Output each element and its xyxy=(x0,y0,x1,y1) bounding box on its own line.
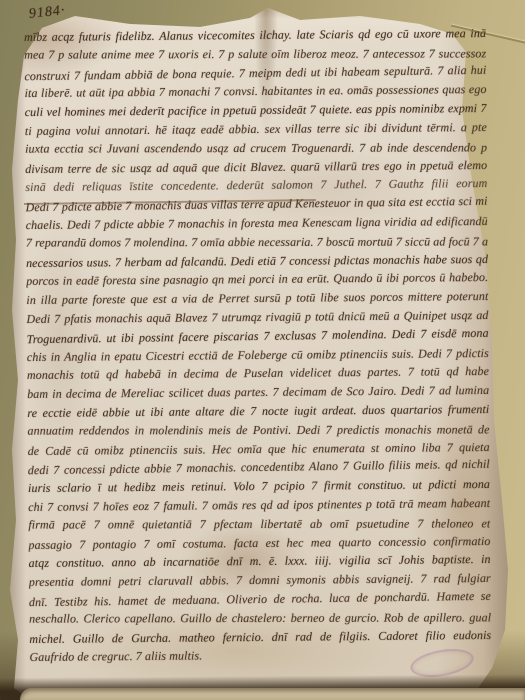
manuscript-line: 7 reparandū domos 7 molendina. 7 omīa ab… xyxy=(26,234,488,254)
manuscript-line: ti pagina volui annotari. hē itaqz eadē … xyxy=(25,120,487,143)
manuscript-line: re ecctie eidē abbie ut ibi ante altare … xyxy=(27,402,489,425)
manuscript-line: iuxta ecctia sci Juvani ascendendo usqz … xyxy=(25,140,487,160)
manuscript-line: mībz acqz futuris fidelibz. Alanus vicec… xyxy=(24,26,486,49)
manuscript-line: neschallo. Clerico capellano. Guillo de … xyxy=(29,610,491,630)
photo-frame: 9184· mībz acqz futuris fidelibz. Alanus… xyxy=(0,0,525,700)
manuscript-line: firmā pacē 7 omnē quietantiā 7 pfectam l… xyxy=(28,516,490,536)
manuscript-line: chi 7 convsi 7 hoīes eoz 7 famuli. 7 omā… xyxy=(28,496,490,519)
manuscript-line: annuatim reddendos in molendinis meis de… xyxy=(27,422,489,442)
manuscript-text: mībz acqz futuris fidelibz. Alanus vicec… xyxy=(24,26,492,669)
parchment-bottom-fold xyxy=(20,688,525,700)
